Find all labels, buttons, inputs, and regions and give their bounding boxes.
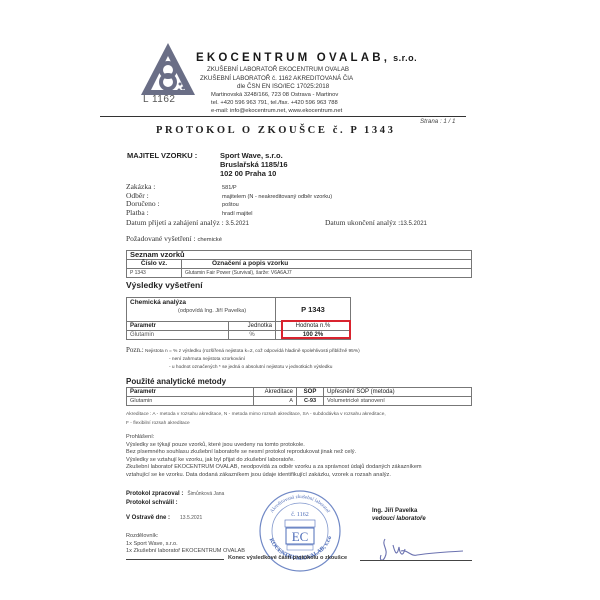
document-title: PROTOKOL O ZKOUŠCE č. P 1343 (156, 125, 395, 136)
sample-id: P 1343 (127, 269, 182, 278)
signature-line (360, 560, 472, 561)
method-description: Volumetrické stanovení (324, 397, 472, 406)
signoff-block: Protokol zpracoval :Šimůnková Jana Proto… (126, 490, 224, 523)
legend-line: F - flexibilní rozsah akreditace (126, 419, 386, 428)
owner-name: Sport Wave, s.r.o. (220, 151, 288, 160)
notes-prefix: Pozn.: (126, 346, 144, 354)
table-row: P 1343 Glutamin Fair Power (Survival), š… (127, 269, 472, 278)
method-sop: C-93 (297, 397, 324, 406)
header-line: ZKUŠEBNÍ LABORATOŘ č. 1162 AKREDITOVANÁ … (200, 75, 353, 82)
legend-line: Akreditace : A - metoda v rozsahu akredi… (126, 410, 386, 419)
accreditation-legend: Akreditace : A - metoda v rozsahu akredi… (126, 410, 386, 428)
header-line: ZKUŠEBNÍ LABORATOŘ EKOCENTRUM OVALAB (207, 66, 349, 73)
results-sample-id: P 1343 (276, 298, 351, 322)
analysis-title: Chemická analýza (130, 299, 186, 306)
place-date: 13.5.2021 (180, 515, 202, 521)
processed-by: Šimůnková Jana (187, 491, 224, 497)
owner-city: 102 00 Praha 10 (220, 169, 288, 178)
results-heading: Výsledky vyšetření (126, 280, 203, 290)
owner-label: MAJITEL VZORKU : (127, 151, 197, 160)
header-contact: e-mail: info@ekocentrum.net, www.ekocent… (211, 108, 342, 114)
declaration-heading: Prohlášení: (126, 434, 422, 442)
column-header: Číslo vz. (127, 260, 182, 269)
owner-street: Bruslařská 1185/16 (220, 160, 288, 169)
parameter-unit: % (229, 331, 276, 340)
uncertainty-notes: Pozn.: Nejistota n = % z výsledku (rozší… (126, 346, 360, 372)
note-line: - není zahrnuta nejistota vzorkování (126, 356, 360, 364)
table-row: Glutamin A C-93 Volumetrické stanovení (127, 397, 472, 406)
distribution-label: Rozdělovník: (126, 533, 245, 541)
methods-table: Parametr Akreditace SOP Upřesnění SOP (m… (126, 387, 472, 406)
lab-stamp-icon: č. 1162 EC Akreditovaná zkušební laborat… (257, 488, 343, 574)
approved-label: Protokol schválil : (126, 500, 178, 506)
header-line: dle ČSN EN ISO/IEC 17025:2018 (237, 83, 329, 90)
detail-value: poštou (222, 201, 239, 210)
value-highlight-box (281, 320, 351, 339)
column-header: Parametr (127, 322, 229, 331)
samples-table: Seznam vzorků Číslo vz. Označení a popis… (126, 250, 472, 278)
distribution-list: Rozdělovník: 1x Sport Wave, s.r.o. 1x Zk… (126, 533, 245, 556)
column-header: Parametr (127, 388, 254, 397)
approver-role: vedoucí laboratoře (372, 516, 426, 524)
detail-value: majitelem (N - neakreditovaný odběr vzor… (222, 193, 332, 202)
lab-code: L 1162 (143, 94, 175, 105)
column-header: Upřesnění SOP (metoda) (324, 388, 472, 397)
column-header: SOP (297, 388, 324, 397)
approver-block: Ing. Jiří Pavelka vedoucí laboratoře (372, 508, 426, 523)
detail-label: Platba : (126, 209, 149, 218)
methods-heading: Použité analytické metody (126, 377, 226, 386)
date-finished: Datum ukončení analýz :13.5.2021 (325, 218, 427, 227)
header-divider (100, 116, 466, 117)
end-of-results: Konec výsledkové části protokolu o zkouš… (228, 555, 347, 561)
requested-examination: Požadované vyšetření : chemické (126, 234, 222, 243)
lab-logo-icon (138, 40, 198, 98)
declaration-line: Bez písemného souhlasu zkušební laborato… (126, 449, 422, 457)
place-label: V Ostravě dne : (126, 515, 170, 521)
header-address: Martinovská 3248/166, 723 08 Ostrava - M… (211, 92, 338, 98)
column-header: Označení a popis vzorku (182, 260, 472, 269)
owner-address: Sport Wave, s.r.o. Bruslařská 1185/16 10… (220, 151, 288, 178)
end-divider (126, 559, 224, 560)
analysis-responsible: (odpovídá Ing. Jiří Pavelka) (130, 307, 272, 315)
header-phone: tel. +420 596 963 791, tel./fax. +420 59… (211, 100, 338, 106)
method-accreditation: A (254, 397, 297, 406)
column-header: Akreditace (254, 388, 297, 397)
method-parameter: Glutamin (127, 397, 254, 406)
analysis-header: Chemická analýza (odpovídá Ing. Jiří Pav… (127, 298, 276, 322)
page-number: Strana : 1 / 1 (420, 118, 455, 125)
parameter-name: Glutamin (127, 331, 229, 340)
svg-text:č. 1162: č. 1162 (291, 512, 308, 518)
declaration: Prohlášení: Výsledky se týkají pouze vzo… (126, 434, 422, 480)
note-line: - u hodnot označených * se jedná o absol… (126, 364, 360, 372)
svg-text:EC: EC (292, 529, 309, 544)
detail-value: 581/P (222, 184, 237, 193)
processed-label: Protokol zpracoval : (126, 491, 183, 497)
samples-caption: Seznam vzorků (127, 251, 472, 260)
declaration-line: Zkušební laboratoř EKOCENTRUM OVALAB, ne… (126, 464, 422, 472)
date-received: Datum přijetí a zahájení analýz : 3.5.20… (126, 218, 249, 227)
approver-name: Ing. Jiří Pavelka (372, 508, 426, 516)
declaration-line: Výsledky se týkají pouze vzorků, které j… (126, 442, 422, 450)
column-header: Jednotka (229, 322, 276, 331)
company-name: EKOCENTRUM OVALAB,s.r.o. (196, 52, 417, 64)
declaration-line: vztahující se ke vzorku. Data dodaná zák… (126, 472, 422, 480)
sample-description: Glutamin Fair Power (Survival), šarže: V… (182, 269, 472, 278)
distribution-item: 1x Sport Wave, s.r.o. (126, 541, 245, 549)
